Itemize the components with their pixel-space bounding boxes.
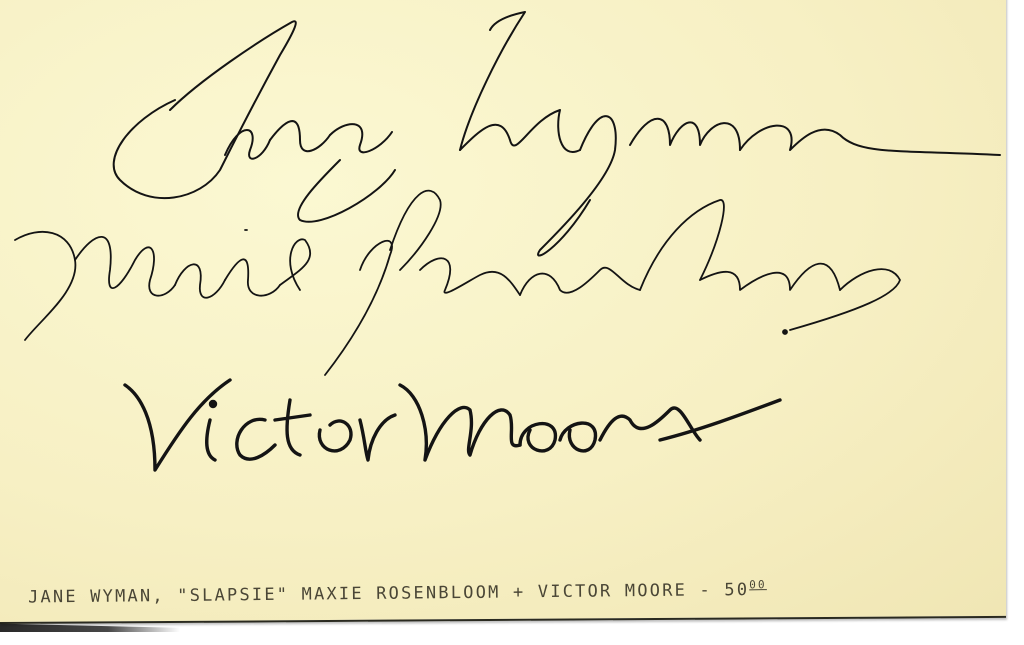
signature-jane-wyman bbox=[114, 12, 1000, 256]
caption-price-cents: 00 bbox=[749, 578, 767, 591]
signatures-ink bbox=[0, 0, 1024, 645]
signature-maxie-rosenbloom bbox=[15, 191, 900, 375]
signature-victor-moore bbox=[125, 380, 780, 470]
